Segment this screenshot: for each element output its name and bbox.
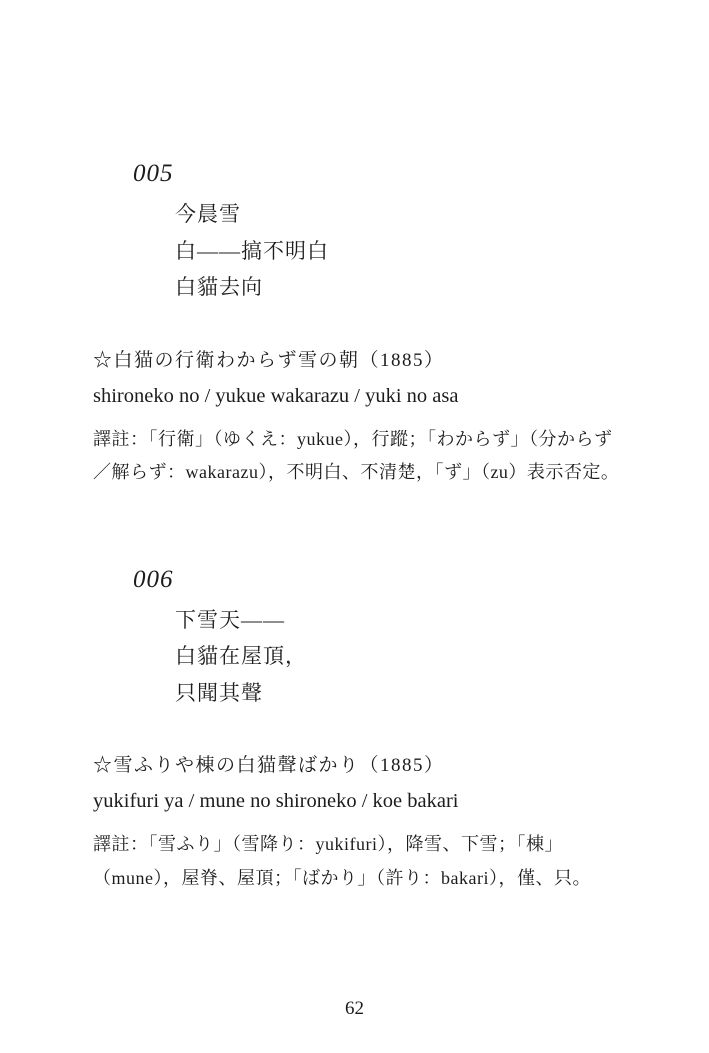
poem-line: 只聞其聲	[175, 675, 625, 712]
romaji-transliteration: yukifuri ya / mune no shironeko / koe ba…	[93, 788, 625, 814]
poem-line: 下雪天——	[175, 602, 625, 639]
entry-number: 005	[133, 160, 625, 188]
original-haiku: ☆雪ふりや棟の白猫聲ばかり（1885）	[93, 753, 625, 779]
original-haiku: ☆白猫の行衛わからず雪の朝（1885）	[93, 348, 625, 374]
translator-note: 譯註：「行衛」（ゆくえ：yukue），行蹤；「わからず」（分からず／解らず：wa…	[93, 423, 625, 490]
poem-line: 白貓在屋頂，	[175, 638, 625, 675]
translator-note: 譯註：「雪ふり」（雪降り：yukifuri），降雪、下雪；「棟」（mune），屋…	[93, 828, 625, 895]
poem-line: 白貓去向	[175, 269, 625, 306]
entry-number: 006	[133, 566, 625, 594]
chinese-translation-poem: 今晨雪 白——搞不明白 白貓去向	[175, 196, 625, 306]
poem-line: 白——搞不明白	[175, 233, 625, 270]
haiku-entry-005: 005 今晨雪 白——搞不明白 白貓去向 ☆白猫の行衛わからず雪の朝（1885）…	[93, 160, 625, 490]
chinese-translation-poem: 下雪天—— 白貓在屋頂， 只聞其聲	[175, 602, 625, 712]
haiku-entry-006: 006 下雪天—— 白貓在屋頂， 只聞其聲 ☆雪ふりや棟の白猫聲ばかり（1885…	[93, 566, 625, 896]
poem-line: 今晨雪	[175, 196, 625, 233]
romaji-transliteration: shironeko no / yukue wakarazu / yuki no …	[93, 383, 625, 409]
page-number: 62	[0, 998, 709, 1020]
book-page: 005 今晨雪 白——搞不明白 白貓去向 ☆白猫の行衛わからず雪の朝（1885）…	[0, 0, 709, 1053]
page-content: 005 今晨雪 白——搞不明白 白貓去向 ☆白猫の行衛わからず雪の朝（1885）…	[93, 160, 625, 895]
